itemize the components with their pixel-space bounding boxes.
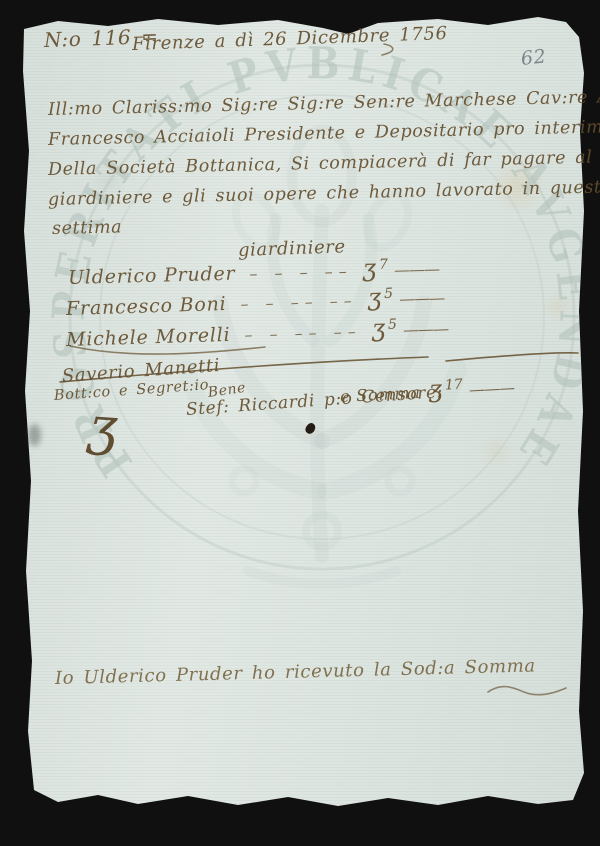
total-trailing-line: ——— (468, 378, 514, 399)
row-trailing-line: ——— (403, 319, 449, 339)
salutation-line-5: settima (52, 217, 123, 239)
row-trailing-line: ——— (394, 259, 439, 279)
payee-name: Ulderico Pruder (68, 263, 236, 289)
total-label: e Somma (340, 383, 422, 406)
currency-symbol: ʒ (371, 314, 385, 342)
secretary-paraph: ʒ (86, 396, 120, 458)
paper-smudge (28, 424, 41, 446)
amount-value: 5 (388, 317, 397, 333)
currency-symbol: ʒ (428, 375, 443, 404)
row-dash-leaders: – – –– –– (240, 291, 358, 314)
currency-symbol: ʒ (367, 283, 381, 311)
payee-name: Michele Morelli (66, 324, 231, 351)
payee-name: Francesco Boni (66, 293, 227, 320)
total-amount: 17 (444, 377, 463, 394)
folio-number: 62 (520, 45, 548, 70)
row-dash-leaders: – – – –– (249, 262, 353, 284)
amount-value: 5 (384, 286, 393, 302)
row-trailing-line: ——— (399, 288, 445, 308)
amount-value: 7 (379, 257, 388, 273)
row-dash-leaders: – – –– –– (244, 322, 362, 345)
photo-background: PROSPERITATI PVBLICAE AVGENDAE (0, 0, 600, 846)
currency-symbol: ʒ (362, 254, 376, 282)
